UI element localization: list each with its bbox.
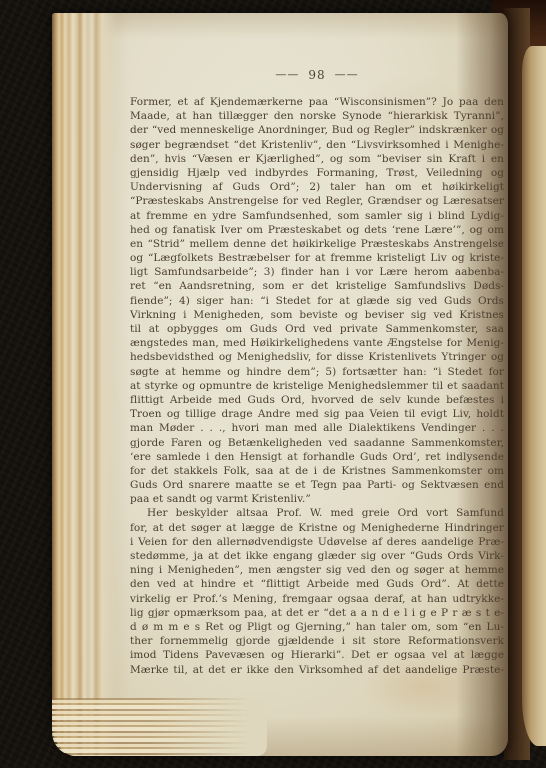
text-line: ning i Menigheden”, men ængster sig ved …	[130, 563, 504, 577]
text-line: gjensidig Hjælp ved indbyrdes Formaning,…	[130, 166, 504, 180]
text-line: i Veien for den allernødvendigste Udøvel…	[130, 535, 504, 549]
text-line: lig gjør opmærksom paa, at det er “det a…	[130, 606, 504, 620]
text-line: fiende”; 4) siger han: “i Stedet for at …	[130, 294, 504, 308]
text-line: Troen og tillige drage Andre med sig paa…	[130, 407, 504, 421]
text-block: Former, et af Kjendemærkerne paa “Wiscon…	[130, 95, 504, 677]
text-line: at fremme en ydre Samfundsenhed, som sam…	[130, 209, 504, 223]
text-line: Her beskylder altsaa Prof. W. med greie …	[130, 506, 504, 520]
text-line: Former, et af Kjendemærkerne paa “Wiscon…	[130, 95, 504, 109]
text-line: en “Strid” mellem denne det høikirkelige…	[130, 237, 504, 251]
text-line: imod Tidens Pavevæsen og Hierarki”. Det …	[130, 648, 504, 662]
text-line: søger begrændset “det Kristenliv”, den “…	[130, 138, 504, 152]
book-page: ——98—— Former, et af Kjendemærkerne paa …	[52, 13, 508, 756]
text-line: hed og fanatisk Iver om Præsteskabet og …	[130, 223, 504, 237]
text-line: ret “en Aandsretning, som er det kristel…	[130, 279, 504, 293]
book-photo: { "page_number": "98", "header": { "left…	[0, 0, 546, 768]
text-line: Virkning i Menigheden, som beviste og be…	[130, 308, 504, 322]
header-rule-right: ——	[335, 68, 359, 81]
text-line: Maade, at han tillægger den norske Synod…	[130, 109, 504, 123]
text-line: til at opbygges om Guds Ord ved private …	[130, 322, 504, 336]
page-header: ——98——	[130, 68, 504, 82]
page-stack-fore-edge	[52, 13, 118, 756]
printed-content: ——98—— Former, et af Kjendemærkerne paa …	[130, 68, 504, 677]
text-line: der “ved menneskelige Anordninger, Bud o…	[130, 123, 504, 137]
text-line: ther fornemmelig gjorde gjældende i sit …	[130, 634, 504, 648]
page-stack-bottom-edge	[52, 698, 267, 756]
text-line: d ø m m e s Ret og Pligt og Gjerning,” h…	[130, 620, 504, 634]
text-line: hedsbevidsthed og Menighedsliv, for diss…	[130, 350, 504, 364]
text-line: “Præsteskabs Anstrengelse for ved Regler…	[130, 194, 504, 208]
text-line: ængstedes man, med Høikirkelighedens van…	[130, 336, 504, 350]
header-rule-left: ——	[275, 68, 299, 81]
text-line: stedømme, ja at det ikke engang glæder s…	[130, 549, 504, 563]
text-line: gjorde Faren og Betænkeligheden ved saad…	[130, 436, 504, 450]
text-line: man Møder . . ., hvori man med alle Dial…	[130, 421, 504, 435]
text-line: søgte at hemme og hindre dem”; 5) fortsæ…	[130, 365, 504, 379]
text-line: og “Lægfolkets Bestræbelser for at fremm…	[130, 251, 504, 265]
paragraph: Former, et af Kjendemærkerne paa “Wiscon…	[130, 95, 504, 506]
text-line: paa et sandt og varmt Kristenliv.”	[130, 492, 504, 506]
text-line: Undervisning af Guds Ord”; 2) taler han …	[130, 180, 504, 194]
text-line: virkelig er Prof.’s Mening, fremgaar ogs…	[130, 592, 504, 606]
text-line: ligt Samfundsarbeide”; 3) finder han i v…	[130, 265, 504, 279]
text-line: flittigt Arbeide med Guds Ord, hvorved d…	[130, 393, 504, 407]
text-line: den”, hvis “Væsen er Kjærlighed”, og som…	[130, 152, 504, 166]
page-number: 98	[299, 68, 334, 82]
paragraph: Her beskylder altsaa Prof. W. med greie …	[130, 506, 504, 676]
facing-page-edge	[522, 46, 546, 746]
text-line: Guds Ord snarere maatte se et Tegn paa P…	[130, 478, 504, 492]
text-line: for det stakkels Folk, saa at de i de Kr…	[130, 464, 504, 478]
text-line: for, at det søger at lægge de Kristne og…	[130, 521, 504, 535]
text-line: Mærke til, at det er ikke den Virksomhed…	[130, 663, 504, 677]
text-line: den ved at hindre et “flittigt Arbeide m…	[130, 577, 504, 591]
text-line: ‘ere samlede i den Hensigt at forhandle …	[130, 450, 504, 464]
text-line: at styrke og opmuntre de kristelige Meni…	[130, 379, 504, 393]
